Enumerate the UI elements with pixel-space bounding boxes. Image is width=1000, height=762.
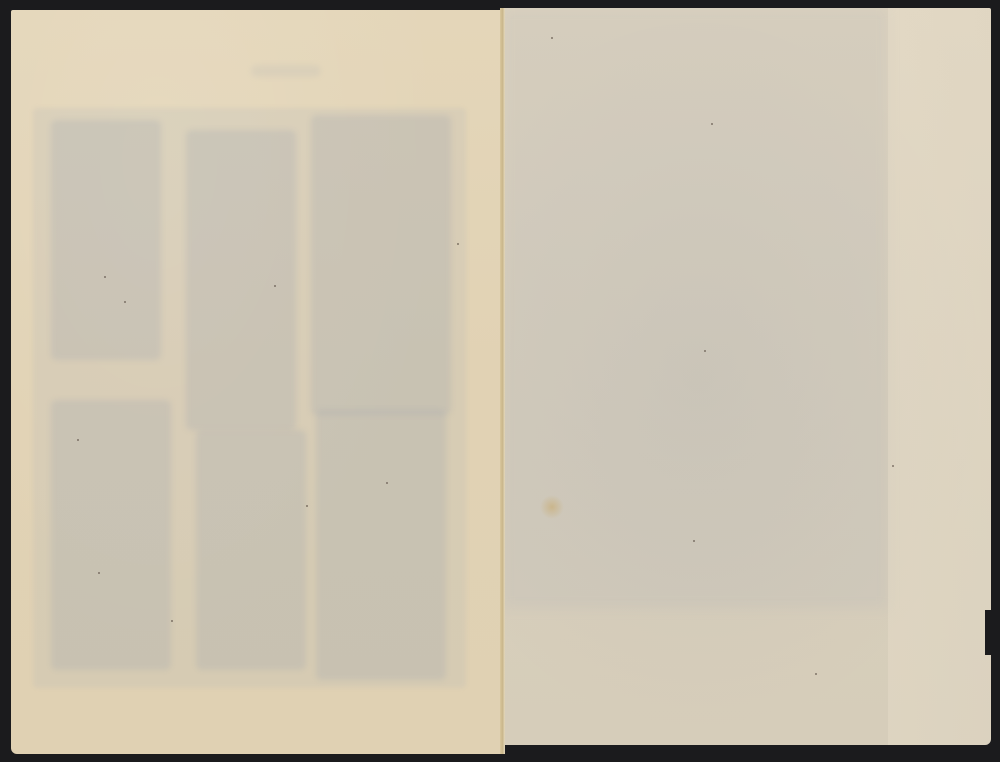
bleed-through-stroke — [251, 65, 321, 77]
bleed-through-stroke — [51, 400, 171, 670]
bleed-through-stroke — [186, 130, 296, 430]
left-page — [11, 10, 502, 754]
bleed-through-stroke — [311, 115, 451, 415]
torn-edge — [985, 610, 1000, 655]
bleed-through-region — [503, 8, 888, 608]
foxing-stain — [540, 495, 564, 519]
right-page — [503, 8, 991, 745]
bleed-through-stroke — [316, 410, 446, 680]
bleed-through-stroke — [196, 430, 306, 670]
book-spine — [500, 8, 505, 754]
scan-background — [0, 0, 1000, 762]
page-margin — [888, 8, 991, 745]
bleed-through-stroke — [51, 120, 161, 360]
